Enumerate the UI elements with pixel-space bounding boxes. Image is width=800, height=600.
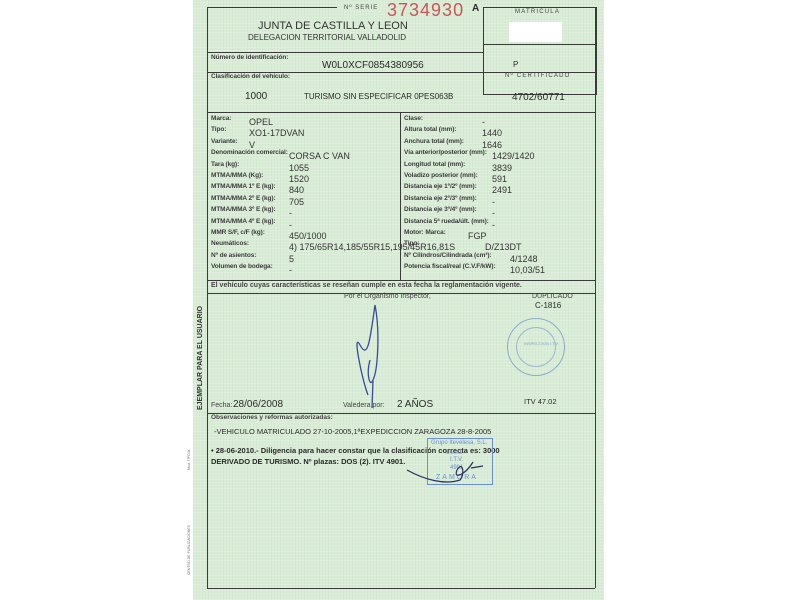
valedera-label: Valedera por: xyxy=(343,402,385,409)
matricula-box xyxy=(483,7,597,95)
issuer-line1: JUNTA DE CASTILLA Y LEON xyxy=(258,20,408,32)
spec-left-value: - xyxy=(289,208,292,218)
spec-right-value: 2491 xyxy=(492,185,512,195)
p-value: P xyxy=(513,60,518,69)
spec-right-label: Voladizo posterior (mm): xyxy=(404,172,478,179)
spec-left-label: MTMA/MMA 4º E (kg): xyxy=(211,218,276,225)
round-stamp: INSPECCION I.T.V. xyxy=(507,318,565,376)
valedera-value: 2 AÑOS xyxy=(397,399,433,410)
spec-left-value: 5 xyxy=(289,254,294,264)
specs-top-rule xyxy=(207,112,595,113)
spec-left-value: - xyxy=(289,220,292,230)
spec-left-label: Volumen de bodega: xyxy=(211,263,273,270)
spec-right-value: - xyxy=(492,208,495,218)
bottom-border xyxy=(207,588,595,589)
spec-left-label: MTMA/MMA 1º E (kg): xyxy=(211,183,276,190)
spec-left-value: 840 xyxy=(289,185,304,195)
spec-right-label: Distancia eje 2º/3º (mm): xyxy=(404,195,477,202)
spec-right-value: 1429/1420 xyxy=(492,151,535,161)
top-rule xyxy=(207,7,337,8)
observacion-2-line2: DERIVADO DE TURISMO. Nº plazas: DOS (2).… xyxy=(211,457,405,466)
spec-right-value: 10,03/51 xyxy=(510,265,545,275)
spec-left-value: OPEL xyxy=(249,117,273,127)
spec-right-label: Potencia fiscal/real (C.V.F/kW): xyxy=(404,263,496,270)
spec-right-label: Altura total (mm): xyxy=(404,126,456,133)
matricula-divider xyxy=(483,44,595,45)
serie-number: 3734930 xyxy=(387,0,464,21)
spec-right-value: - xyxy=(482,117,485,127)
spec-right-value: 4/1248 xyxy=(510,254,538,264)
inspector-signature xyxy=(340,300,400,410)
itv-signature xyxy=(405,450,485,490)
matricula-plate-redacted xyxy=(509,22,562,42)
spec-right-label: Distancia eje 1º/2º (mm): xyxy=(404,183,477,190)
clasificacion-label: Clasificación del vehículo: xyxy=(211,73,290,80)
spec-right-label: Clase: xyxy=(404,115,423,122)
spec-left-value: 1055 xyxy=(289,163,309,173)
spec-left-label: MTMA/MMA 3º E (kg): xyxy=(211,206,276,213)
clasificacion-text: TURISMO SIN ESPECIFICAR 0PES063B xyxy=(304,92,453,101)
spec-right-label: Longitud total (mm): xyxy=(404,161,465,168)
spec-right-label: Anchura total (mm): xyxy=(404,138,464,145)
spec-left-label: Variante: xyxy=(211,138,238,145)
clasificacion-code: 1000 xyxy=(245,91,267,102)
spec-left-value: CORSA C VAN xyxy=(289,151,350,161)
side-small-1: Mod. TIPO/A xyxy=(187,450,191,470)
spec-left-label: Neumáticos: xyxy=(211,240,249,247)
spec-right-label: Motor: Marca: xyxy=(404,229,446,236)
side-small-2: CENTRO DE PUBLICACIONES xyxy=(187,525,191,575)
serie-letter: A xyxy=(472,3,479,14)
spec-right-label: Distancia eje 3º/4º (mm): xyxy=(404,206,477,213)
spec-right-value: 1440 xyxy=(482,128,502,138)
spec-right-label: Vía anterior/posterior (mm): xyxy=(404,149,487,156)
id-label: Número de identificación: xyxy=(211,54,288,61)
spec-left-label: Nº de asientos: xyxy=(211,252,256,259)
spec-left-value: 1520 xyxy=(289,174,309,184)
fecha-label: Fecha: xyxy=(211,402,232,409)
duplicado-code: C-1816 xyxy=(535,301,561,310)
spec-left-label: Marca: xyxy=(211,115,231,122)
spec-left-value: XO1-17DVAN xyxy=(249,128,304,138)
spec-right-value: FGP xyxy=(468,231,487,241)
compliance-top-rule xyxy=(207,280,595,281)
observacion-1: -VEHICULO MATRICULADO 27-10-2005,1ªEXPED… xyxy=(214,427,491,436)
round-stamp-text: INSPECCION I.T.V. xyxy=(524,341,559,346)
serie-label: Nº SERIE xyxy=(344,5,378,11)
matricula-label: MATRICULA xyxy=(515,9,560,15)
side-label: EJEMPLAR PARA EL USUARIO xyxy=(197,306,204,410)
certificado-value: 4702/60771 xyxy=(512,92,565,103)
spec-right-label: Tipo: xyxy=(404,240,419,247)
fecha-value: 28/06/2008 xyxy=(233,399,283,410)
spec-left-label: Tipo: xyxy=(211,126,226,133)
spec-left-label: Denominación comercial: xyxy=(211,149,288,156)
spec-left-label: MTMA/MMA 2º E (kg): xyxy=(211,195,276,202)
spec-right-value: 591 xyxy=(492,174,507,184)
spec-right-label: Nº Cilindros/Cilindrada (cm³): xyxy=(404,252,492,259)
spec-right-value: 3839 xyxy=(492,163,512,173)
left-border xyxy=(207,7,208,588)
square-stamp-company: Grupo Itevelesa, S.L. xyxy=(431,440,487,446)
spec-left-label: MTMA/MMA (Kg): xyxy=(211,172,263,179)
itv-code: ITV 47.02 xyxy=(524,397,557,406)
spec-right-value: - xyxy=(492,220,495,230)
compliance-text: El vehículo cuyas características se res… xyxy=(211,282,522,289)
id-top-rule xyxy=(207,52,483,53)
issuer-line2: DELEGACION TERRITORIAL VALLADOLID xyxy=(248,33,406,42)
observaciones-label: Observaciones y reformas autorizadas: xyxy=(211,414,333,421)
spec-right-label: Distancia 5ª rueda/últ. (mm): xyxy=(404,218,489,225)
spec-left-label: Tara (kg): xyxy=(211,161,239,168)
inspector-label: Por el Organismo Inspector, xyxy=(344,293,431,300)
spec-left-value: 450/1000 xyxy=(289,231,327,241)
vin-value: W0L0XCF0854380956 xyxy=(322,60,424,71)
specs-divider xyxy=(400,112,401,280)
duplicado-label: DUPLICADO xyxy=(532,293,573,300)
spec-left-value: 705 xyxy=(289,197,304,207)
certificado-label: Nº CERTIFICADO xyxy=(505,73,571,79)
spec-right-value: - xyxy=(492,197,495,207)
spec-left-label: MMR S/F, c/F (kg): xyxy=(211,229,265,236)
spec-left-value: - xyxy=(289,265,292,275)
